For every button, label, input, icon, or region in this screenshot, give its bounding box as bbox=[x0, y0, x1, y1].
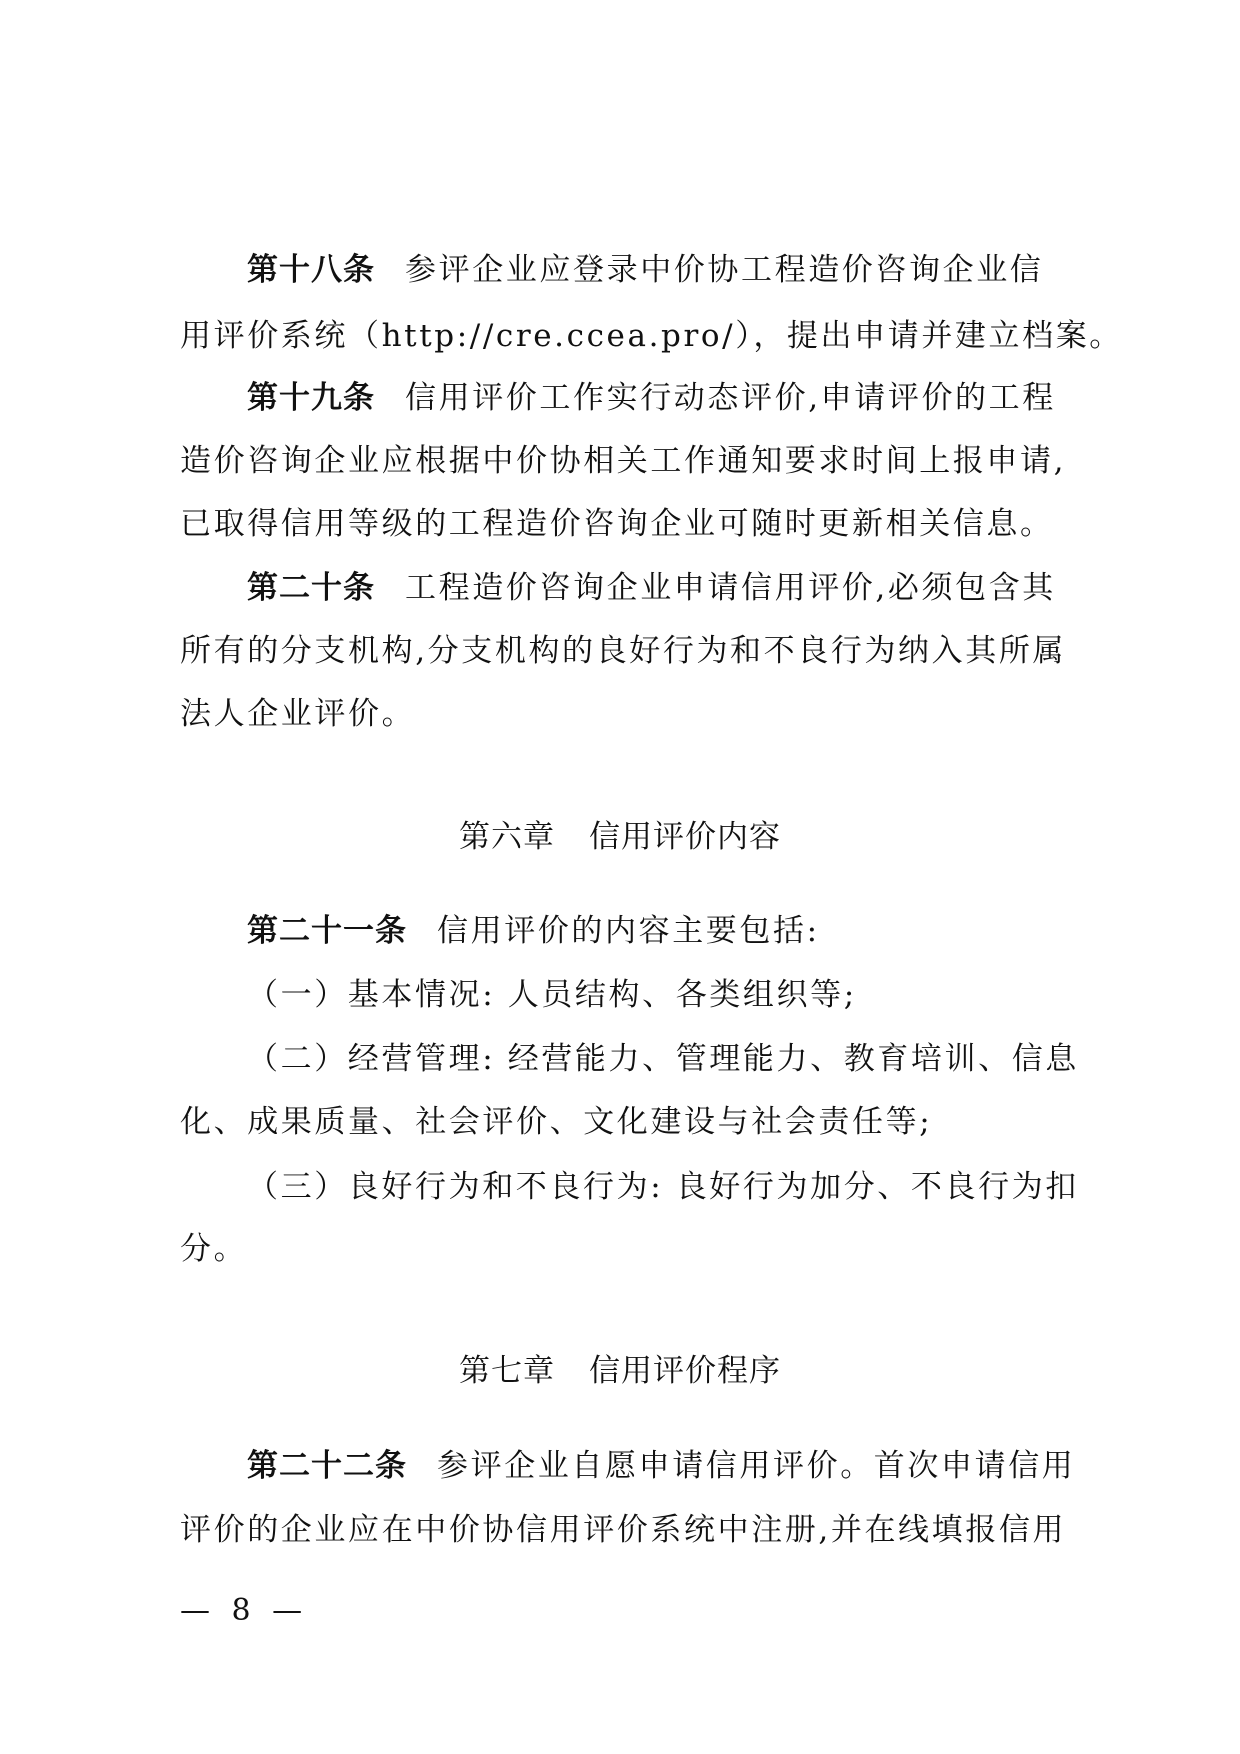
article-21-intro: 信用评价的内容主要包括: bbox=[437, 913, 820, 949]
article-21-item-2-line-1: （二）经营管理: 经营能力、管理能力、教育培训、信息 bbox=[247, 1039, 1068, 1079]
chapter-7-number: 第七章 bbox=[459, 1353, 555, 1389]
article-18-text-1: 参评企业应登录中价协工程造价咨询企业信 bbox=[405, 252, 1043, 288]
article-18-line-2: 用评价系统（http://cre.ccea.pro/），提出申请并建立档案。 bbox=[180, 316, 1068, 356]
article-22-line-2: 评价的企业应在中价协信用评价系统中注册,并在线填报信用 bbox=[180, 1510, 1068, 1550]
chapter-6-heading: 第六章信用评价内容 bbox=[0, 817, 1240, 857]
article-20-label: 第二十条 bbox=[247, 570, 375, 606]
article-22-text-1: 参评企业自愿申请信用评价。首次申请信用 bbox=[437, 1448, 1075, 1484]
chapter-7-heading: 第七章信用评价程序 bbox=[0, 1351, 1240, 1391]
page-number: — 8 — bbox=[180, 1591, 308, 1631]
article-19-label: 第十九条 bbox=[247, 380, 375, 416]
chapter-6-number: 第六章 bbox=[459, 819, 555, 855]
article-19-line-1: 第十九条信用评价工作实行动态评价,申请评价的工程 bbox=[247, 378, 1068, 418]
article-18-line-1: 第十八条参评企业应登录中价协工程造价咨询企业信 bbox=[247, 250, 1068, 290]
chapter-7-title: 信用评价程序 bbox=[589, 1353, 781, 1389]
article-20-line-3: 法人企业评价。 bbox=[180, 694, 1068, 734]
article-21-item-1: （一）基本情况: 人员结构、各类组织等; bbox=[247, 975, 1068, 1015]
article-21-item-2-line-2: 化、成果质量、社会评价、文化建设与社会责任等; bbox=[180, 1102, 1068, 1142]
article-18-label: 第十八条 bbox=[247, 252, 375, 288]
document-page: 第十八条参评企业应登录中价协工程造价咨询企业信 用评价系统（http://cre… bbox=[0, 0, 1240, 1754]
article-21-label: 第二十一条 bbox=[247, 913, 407, 949]
article-20-line-2: 所有的分支机构,分支机构的良好行为和不良行为纳入其所属 bbox=[180, 631, 1068, 671]
article-21-item-3-line-2: 分。 bbox=[180, 1229, 1068, 1269]
chapter-6-title: 信用评价内容 bbox=[589, 819, 781, 855]
article-21-line-1: 第二十一条信用评价的内容主要包括: bbox=[247, 911, 1068, 951]
article-20-text-1: 工程造价咨询企业申请信用评价,必须包含其 bbox=[405, 570, 1056, 606]
article-22-label: 第二十二条 bbox=[247, 1448, 407, 1484]
article-19-text-1: 信用评价工作实行动态评价,申请评价的工程 bbox=[405, 380, 1056, 416]
article-20-line-1: 第二十条工程造价咨询企业申请信用评价,必须包含其 bbox=[247, 568, 1068, 608]
article-22-line-1: 第二十二条参评企业自愿申请信用评价。首次申请信用 bbox=[247, 1446, 1068, 1486]
article-19-line-2: 造价咨询企业应根据中价协相关工作通知要求时间上报申请, bbox=[180, 441, 1068, 481]
article-19-line-3: 已取得信用等级的工程造价咨询企业可随时更新相关信息。 bbox=[180, 504, 1068, 544]
article-21-item-3-line-1: （三）良好行为和不良行为: 良好行为加分、不良行为扣 bbox=[247, 1167, 1068, 1207]
